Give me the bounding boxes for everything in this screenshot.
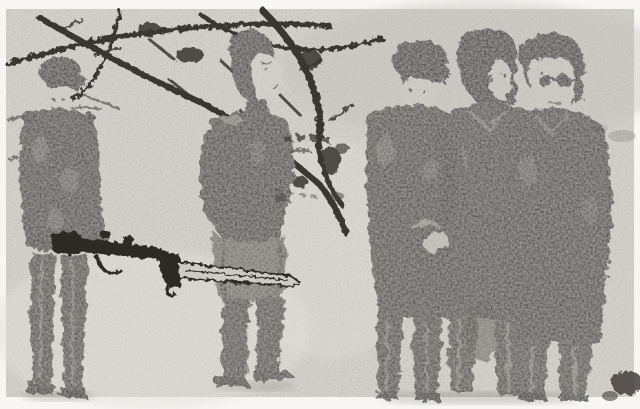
- global-grain-overlay: [6, 9, 634, 397]
- illustration-canvas: [0, 0, 640, 409]
- illustration-photo: [0, 0, 640, 409]
